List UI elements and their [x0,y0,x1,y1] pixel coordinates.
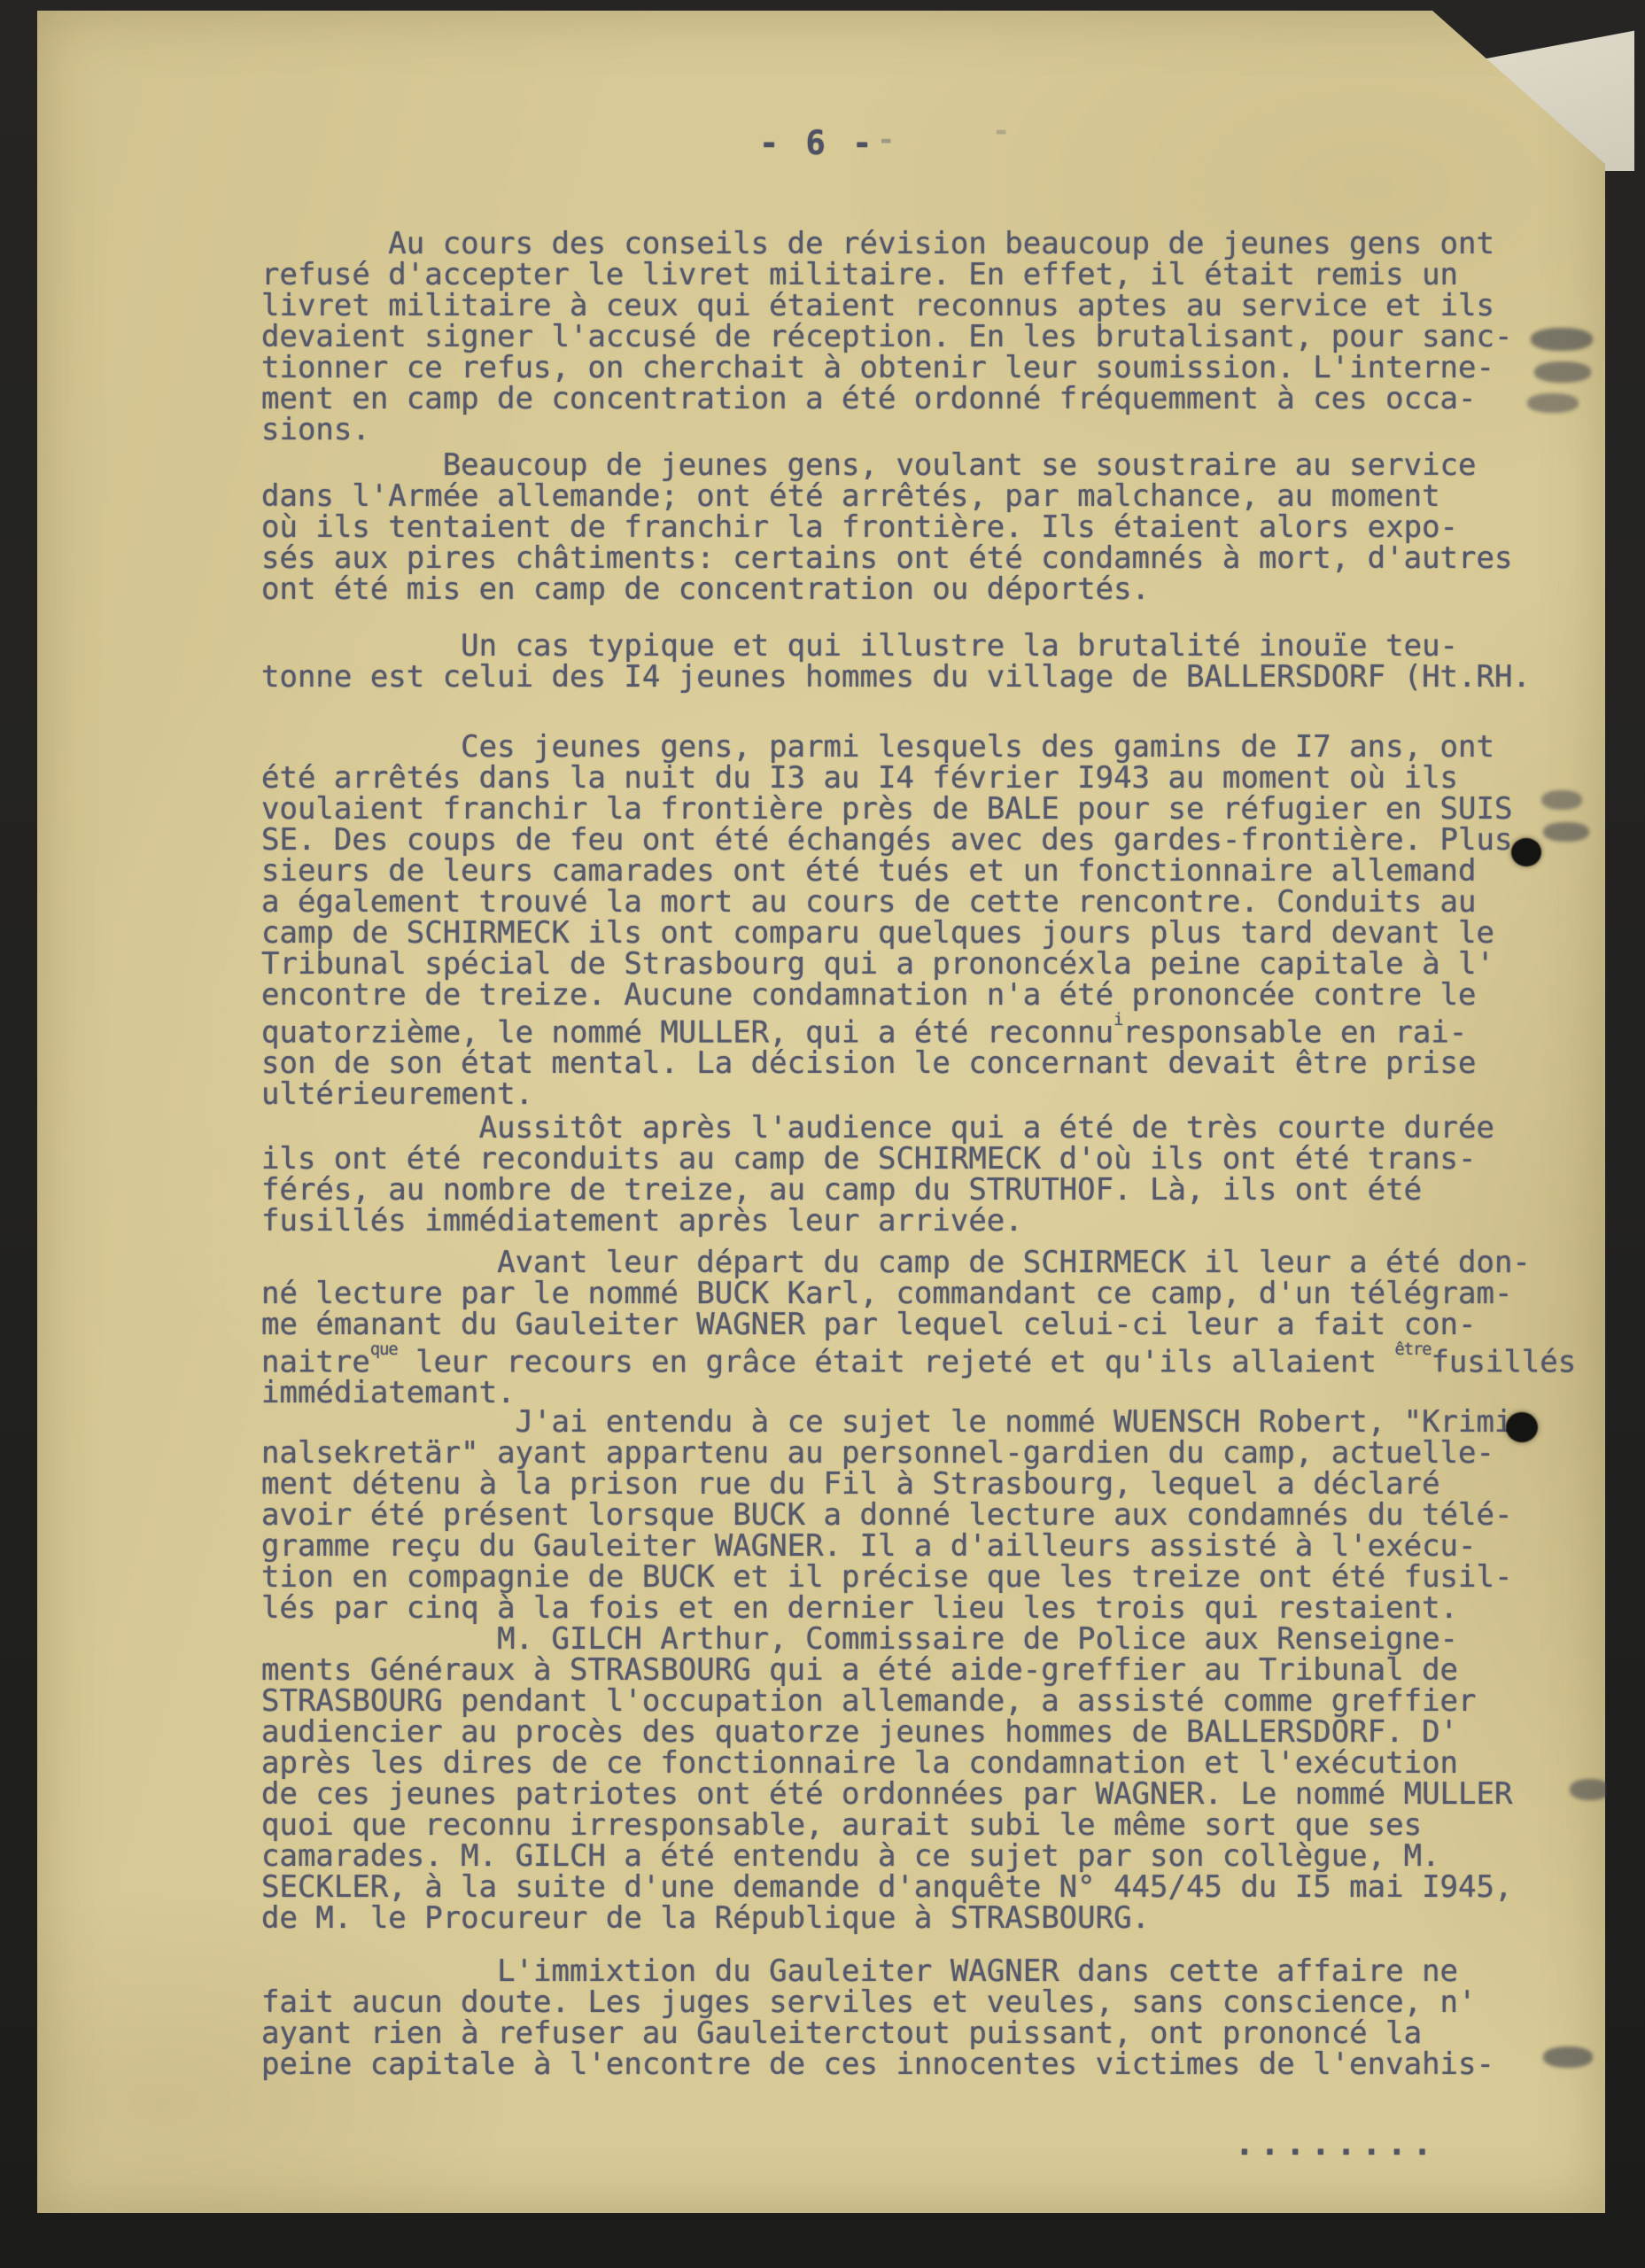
text-line: Avant leur départ du camp de SCHIRMECK i… [261,1247,1572,1278]
text-line: ont été mis en camp de concentration ou … [261,574,1572,605]
paragraph: Un cas typique et qui illustre la brutal… [261,631,1572,693]
text-line: refusé d'accepter le livret militaire. E… [261,260,1572,291]
text-line: tionner ce refus, on cherchait à obtenir… [261,353,1572,384]
text-line: quatorzième, le nommé MULLER, qui a été … [261,1011,1572,1048]
text-line: de M. le Procureur de la République à ST… [261,1903,1572,1934]
text-line: camarades. M. GILCH a été entendu à ce s… [261,1841,1572,1872]
ink-smudge [1543,822,1589,842]
text-line: lés par cinq à la fois et en dernier lie… [261,1593,1572,1624]
scanned-document-screenshot: { "page": { "number_label": "- 6 -", "st… [0,0,1645,2268]
paragraph: Au cours des conseils de révision beauco… [261,229,1572,446]
text-line: tion en compagnie de BUCK et il précise … [261,1562,1572,1593]
text-line: avoir été présent lorsque BUCK a donné l… [261,1500,1572,1531]
typed-correction: i [1113,1011,1122,1029]
text-line: peine capitale à l'encontre de ces innoc… [261,2049,1572,2080]
text-line: ment détenu à la prison rue du Fil à Str… [261,1469,1572,1500]
text-line: SE. Des coups de feu ont été échangés av… [261,825,1572,856]
paragraph: Beaucoup de jeunes gens, voulant se sous… [261,450,1572,605]
typed-correction: être [1394,1340,1431,1359]
text-line: naitreque leur recours en grâce était re… [261,1340,1572,1378]
text-line: gramme reçu du Gauleiter WAGNER. Il a d'… [261,1531,1572,1562]
text-line: me émanant du Gauleiter WAGNER par leque… [261,1309,1572,1340]
text-line: été arrêtés dans la nuit du I3 au I4 fév… [261,763,1572,794]
text-line: de ces jeunes patriotes ont été ordonnée… [261,1779,1572,1810]
text-line: où ils tentaient de franchir la frontièr… [261,512,1572,543]
document-page: - 6 - - - Au cours des conseils de révis… [37,11,1605,2213]
punch-hole [1511,838,1541,866]
text-line: Un cas typique et qui illustre la brutal… [261,631,1572,662]
text-line: Ces jeunes gens, parmi lesquels des gami… [261,732,1572,763]
text-line: ments Généraux à STRASBOURG qui a été ai… [261,1655,1572,1686]
text-line: son de son état mental. La décision le c… [261,1048,1572,1079]
stray-typed-mark: - [992,113,1010,149]
paragraph: J'ai entendu à ce sujet le nommé WUENSCH… [261,1407,1572,1624]
text-line: dans l'Armée allemande; ont été arrêtés,… [261,481,1572,512]
text-line: M. GILCH Arthur, Commissaire de Police a… [261,1624,1572,1655]
paragraph: Avant leur départ du camp de SCHIRMECK i… [261,1247,1572,1409]
text-line: fait aucun doute. Les juges serviles et … [261,1987,1572,2018]
stray-typed-mark: - [877,122,895,158]
text-line: Tribunal spécial de Strasbourg qui a pro… [261,949,1572,980]
text-line: ayant rien à refuser au Gauleiterctout p… [261,2018,1572,2049]
text-line: encontre de treize. Aucune condamnation … [261,980,1572,1011]
text-line: voulaient franchir la frontière près de … [261,794,1572,825]
text-line: ils ont été reconduits au camp de SCHIRM… [261,1144,1572,1175]
footer-dots: ........ [1235,2126,1438,2163]
text-line: Aussitôt après l'audience qui a été de t… [261,1113,1572,1144]
text-line: devaient signer l'accusé de réception. E… [261,322,1572,353]
ink-smudge [1570,1779,1610,1800]
text-line: camp de SCHIRMECK ils ont comparu quelqu… [261,918,1572,949]
text-line: tonne est celui des I4 jeunes hommes du … [261,662,1572,693]
text-line: ment en camp de concentration a été ordo… [261,384,1572,415]
text-line: Beaucoup de jeunes gens, voulant se sous… [261,450,1572,481]
text-line: quoi que reconnu irresponsable, aurait s… [261,1810,1572,1841]
ink-smudge [1527,393,1579,413]
text-line: fusillés immédiatement après leur arrivé… [261,1206,1572,1237]
text-line: J'ai entendu à ce sujet le nommé WUENSCH… [261,1407,1572,1438]
text-line: livret militaire à ceux qui étaient reco… [261,291,1572,322]
text-line: sés aux pires châtiments: certains ont é… [261,543,1572,574]
text-line: après les dires de ce fonctionnaire la c… [261,1748,1572,1779]
text-line: ultérieurement. [261,1079,1572,1110]
text-line: SECKLER, à la suite d'une demande d'anqu… [261,1872,1572,1903]
text-line: audiencier au procès des quatorze jeunes… [261,1717,1572,1748]
typed-correction: que [370,1340,398,1359]
ink-smudge [1531,328,1593,351]
text-line: sieurs de leurs camarades ont été tués e… [261,856,1572,887]
text-line: L'immixtion du Gauleiter WAGNER dans cet… [261,1956,1572,1987]
ink-smudge [1543,2047,1593,2068]
page-number: - 6 - [759,124,875,162]
paragraph: Ces jeunes gens, parmi lesquels des gami… [261,732,1572,1110]
text-line: Au cours des conseils de révision beauco… [261,229,1572,260]
ink-smudge [1541,790,1582,810]
text-line: férés, au nombre de treize, au camp du S… [261,1175,1572,1206]
text-line: né lecture par le nommé BUCK Karl, comma… [261,1278,1572,1309]
ink-smudge [1534,361,1591,383]
text-line: sions. [261,415,1572,446]
paragraph: Aussitôt après l'audience qui a été de t… [261,1113,1572,1237]
text-line: nalsekretär" ayant appartenu au personne… [261,1438,1572,1469]
text-line: a également trouvé la mort au cours de c… [261,887,1572,918]
paragraph: L'immixtion du Gauleiter WAGNER dans cet… [261,1956,1572,2080]
punch-hole [1506,1412,1538,1442]
paragraph: M. GILCH Arthur, Commissaire de Police a… [261,1624,1572,1934]
text-line: STRASBOURG pendant l'occupation allemand… [261,1686,1572,1717]
